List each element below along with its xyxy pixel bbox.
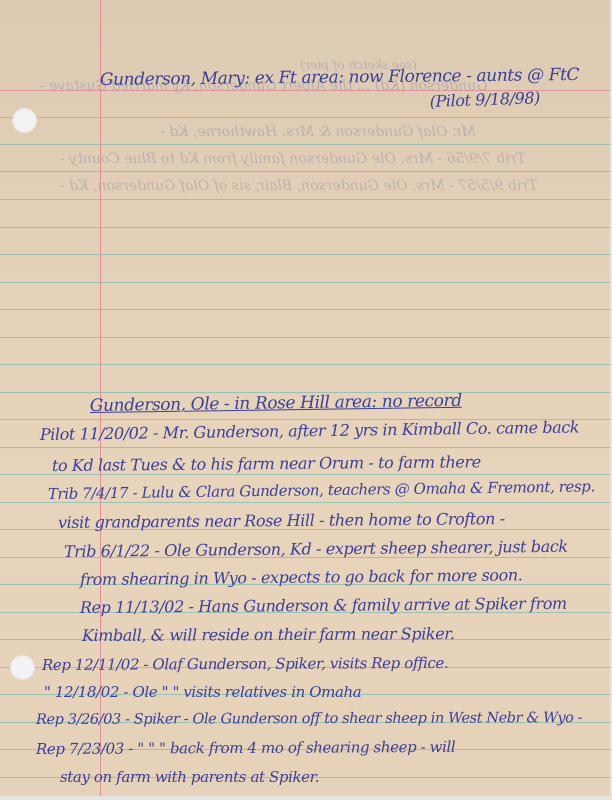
- punch-hole-bottom: [10, 655, 35, 680]
- entry-ole-line: Rep 11/13/02 - Hans Gunderson & family a…: [80, 594, 567, 617]
- entry-ole-line: Rep 3/26/03 - Spiker - Ole Gunderson off…: [36, 710, 582, 728]
- rule-line: [0, 337, 610, 338]
- rule-line: [0, 309, 610, 310]
- rule-line: [0, 199, 610, 200]
- entry-mary-heading: Gunderson, Mary: ex Ft area: now Florenc…: [100, 65, 579, 90]
- rule-line: [0, 282, 610, 283]
- entry-ole-line: to Kd last Tues & to his farm near Orum …: [52, 452, 481, 475]
- entry-ole-line: Rep 7/23/03 - " " " back from 4 mo of sh…: [36, 738, 455, 758]
- bleed-through-text: Trib 7/9/56 - Mrs. Ole Gunderson family …: [60, 151, 526, 167]
- entry-ole-line: Rep 12/11/02 - Olaf Gunderson, Spiker, v…: [42, 654, 449, 674]
- entry-ole-heading-text: Gunderson, Ole - in Rose Hill area: no r…: [90, 391, 462, 416]
- punch-hole-top: [12, 108, 37, 133]
- entry-mary-citation: (Pilot 9/18/98): [429, 88, 540, 111]
- rule-line: [0, 171, 610, 172]
- bleed-through-text: Mr. Olaf Gunderson & Mrs. Hawthorne, Kd …: [160, 124, 476, 140]
- entry-ole-line: Kimball, & will reside on their farm nea…: [82, 624, 455, 645]
- entry-ole-line: " 12/18/02 - Ole " " visits relatives in…: [44, 683, 361, 701]
- rule-line: [0, 364, 610, 365]
- bleed-through-text: Trib 9/5/57 - Mrs. Ole Gunderson, Blair,…: [60, 178, 537, 194]
- rule-line: [0, 144, 610, 145]
- rule-line: [0, 447, 610, 448]
- rule-line: [0, 254, 610, 255]
- notebook-page: (see sketch of pier) Gunderson (Kd) ... …: [0, 0, 610, 796]
- rule-line: [0, 117, 610, 118]
- entry-ole-line: Pilot 11/20/02 - Mr. Gunderson, after 12…: [40, 417, 580, 444]
- entry-ole-heading: Gunderson, Ole - in Rose Hill area: no r…: [90, 391, 462, 416]
- rule-line: [0, 227, 610, 228]
- entry-ole-line: visit grandparents near Rose Hill - then…: [58, 509, 505, 532]
- entry-ole-line: from shearing in Wyo - expects to go bac…: [80, 565, 523, 589]
- entry-ole-line: Trib 7/4/17 - Lulu & Clara Gunderson, te…: [48, 477, 595, 503]
- entry-ole-line: stay on farm with parents at Spiker.: [60, 768, 319, 786]
